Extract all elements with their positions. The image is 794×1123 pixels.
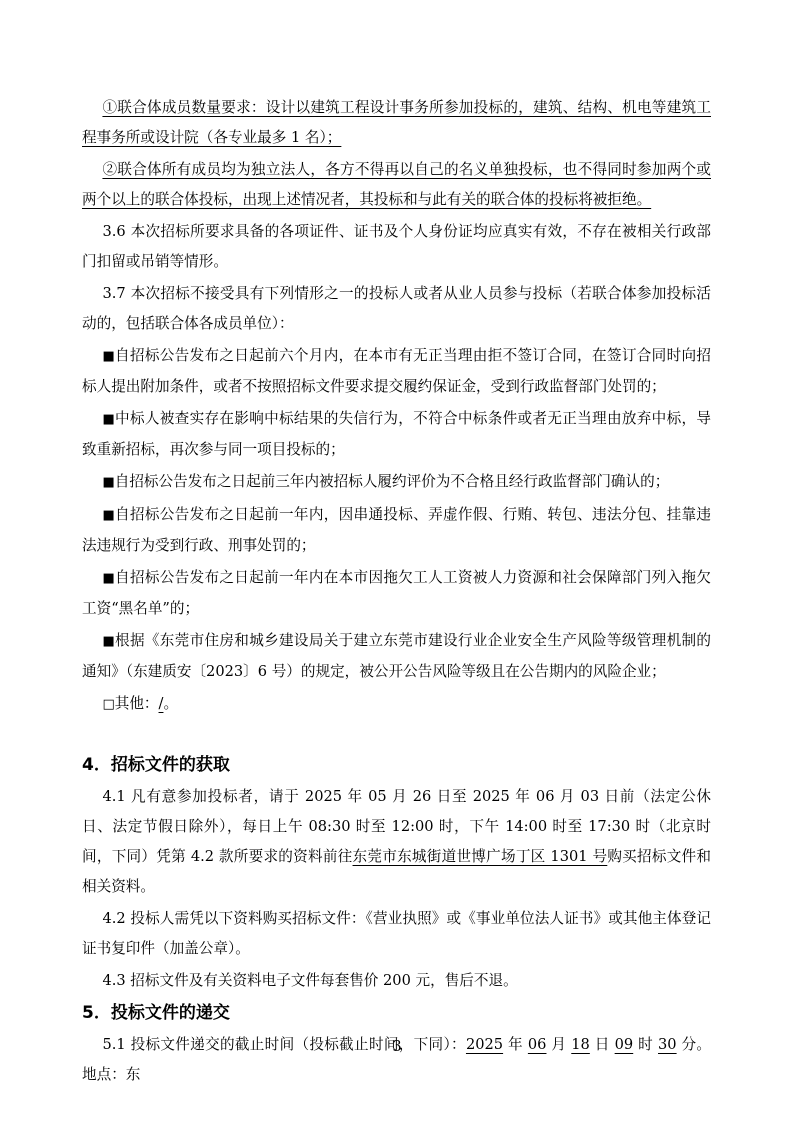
text-segment: 5．投标文件的递交: [82, 1003, 230, 1023]
checkbox-checked-icon: ■: [102, 634, 115, 649]
checkbox-checked-icon: ■: [102, 571, 115, 586]
text-segment: 4．招标文件的获取: [82, 755, 230, 775]
clause-union-independent-bid: ②联合体所有成员均为独立法人，各方不得再以自己的名义单独投标，也不得同时参加两个…: [82, 155, 711, 215]
text-segment: 东莞市东城街道世博广场丁区 1301 号: [353, 848, 608, 865]
text-segment: 3.7 本次招标不接受具有下列情形之一的投标人或者从业人员参与投标（若联合体参加…: [82, 285, 711, 332]
text-segment: 其他：: [115, 695, 159, 712]
heading-section-5: 5．投标文件的递交: [82, 998, 711, 1028]
heading-section-4: 4．招标文件的获取: [82, 750, 711, 780]
page-number: 3: [0, 1039, 794, 1055]
text-segment: 中标人被查实存在影响中标结果的失信行为，不符合中标条件或者无正当理由放弃中标，导…: [82, 410, 711, 458]
clause-3-6: 3.6 本次招标所要求具备的各项证件、证书及个人身份证均应真实有效，不存在被相关…: [82, 217, 711, 277]
text-segment: 4.2 投标人需凭以下资料购买招标文件：《营业执照》或《事业单位法人证书》或其他…: [82, 910, 711, 957]
item-other: □其他：/。: [82, 689, 711, 720]
text-segment: 自招标公告发布之日起前六个月内，在本市有无正当理由拒不签订合同，在签订合同时向招…: [82, 347, 711, 395]
item-performance-evaluation-fail: ■自招标公告发布之日起前三年内被招标人履约评价为不合格且经行政监督部门确认的；: [82, 467, 711, 498]
checkbox-checked-icon: ■: [102, 349, 115, 364]
text-segment: 自招标公告发布之日起前三年内被招标人履约评价为不合格且经行政监督部门确认的；: [115, 473, 670, 490]
checkbox-unchecked-icon: □: [102, 697, 114, 712]
clause-union-members-count: ①联合体成员数量要求：设计以建筑工程设计事务所参加投标的，建筑、结构、机电等建筑…: [82, 93, 711, 153]
document-body: ①联合体成员数量要求：设计以建筑工程设计事务所参加投标的，建筑、结构、机电等建筑…: [82, 93, 711, 1092]
text-segment: ①联合体成员数量要求：设计以建筑工程设计事务所参加投标的，建筑、结构、机电等建筑…: [82, 99, 711, 146]
checkbox-checked-icon: ■: [102, 508, 115, 523]
clause-4-2: 4.2 投标人需凭以下资料购买招标文件：《营业执照》或《事业单位法人证书》或其他…: [82, 904, 711, 964]
text-segment: 自招标公告发布之日起前一年内，因串通投标、弄虚作假、行贿、转包、违法分包、挂靠违…: [82, 506, 711, 554]
text-segment: 自招标公告发布之日起前一年内在本市因拖欠工人工资被人力资源和社会保障部门列入拖欠…: [82, 569, 711, 617]
item-safety-risk-notice: ■根据《东莞市住房和城乡建设局关于建立东莞市建设行业企业安全生产风险等级管理机制…: [82, 626, 711, 687]
item-refuse-sign-contract: ■自招标公告发布之日起前六个月内，在本市有无正当理由拒不签订合同，在签订合同时向…: [82, 341, 711, 402]
clause-3-7: 3.7 本次招标不接受具有下列情形之一的投标人或者从业人员参与投标（若联合体参加…: [82, 279, 711, 339]
item-wage-blacklist: ■自招标公告发布之日起前一年内在本市因拖欠工人工资被人力资源和社会保障部门列入拖…: [82, 563, 711, 624]
item-dishonest-winner: ■中标人被查实存在影响中标结果的失信行为，不符合中标条件或者无正当理由放弃中标，…: [82, 404, 711, 465]
clause-4-1: 4.1 凡有意参加投标者，请于 2025 年 05 月 26 日至 2025 年…: [82, 782, 711, 902]
checkbox-checked-icon: ■: [102, 475, 114, 490]
checkbox-checked-icon: ■: [102, 412, 115, 427]
text-segment: 。: [163, 695, 178, 712]
text-segment: 根据《东莞市住房和城乡建设局关于建立东莞市建设行业企业安全生产风险等级管理机制的…: [82, 632, 711, 680]
item-collusion-penalty: ■自招标公告发布之日起前一年内，因串通投标、弄虚作假、行贿、转包、违法分包、挂靠…: [82, 500, 711, 561]
clause-4-3: 4.3 招标文件及有关资料电子文件每套售价 200 元，售后不退。: [82, 966, 711, 996]
text-segment: 4.3 招标文件及有关资料电子文件每套售价 200 元，售后不退。: [102, 972, 517, 989]
text-segment: 3.6 本次招标所要求具备的各项证件、证书及个人身份证均应真实有效，不存在被相关…: [82, 223, 711, 270]
text-segment: ②联合体所有成员均为独立法人，各方不得再以自己的名义单独投标，也不得同时参加两个…: [82, 161, 711, 208]
